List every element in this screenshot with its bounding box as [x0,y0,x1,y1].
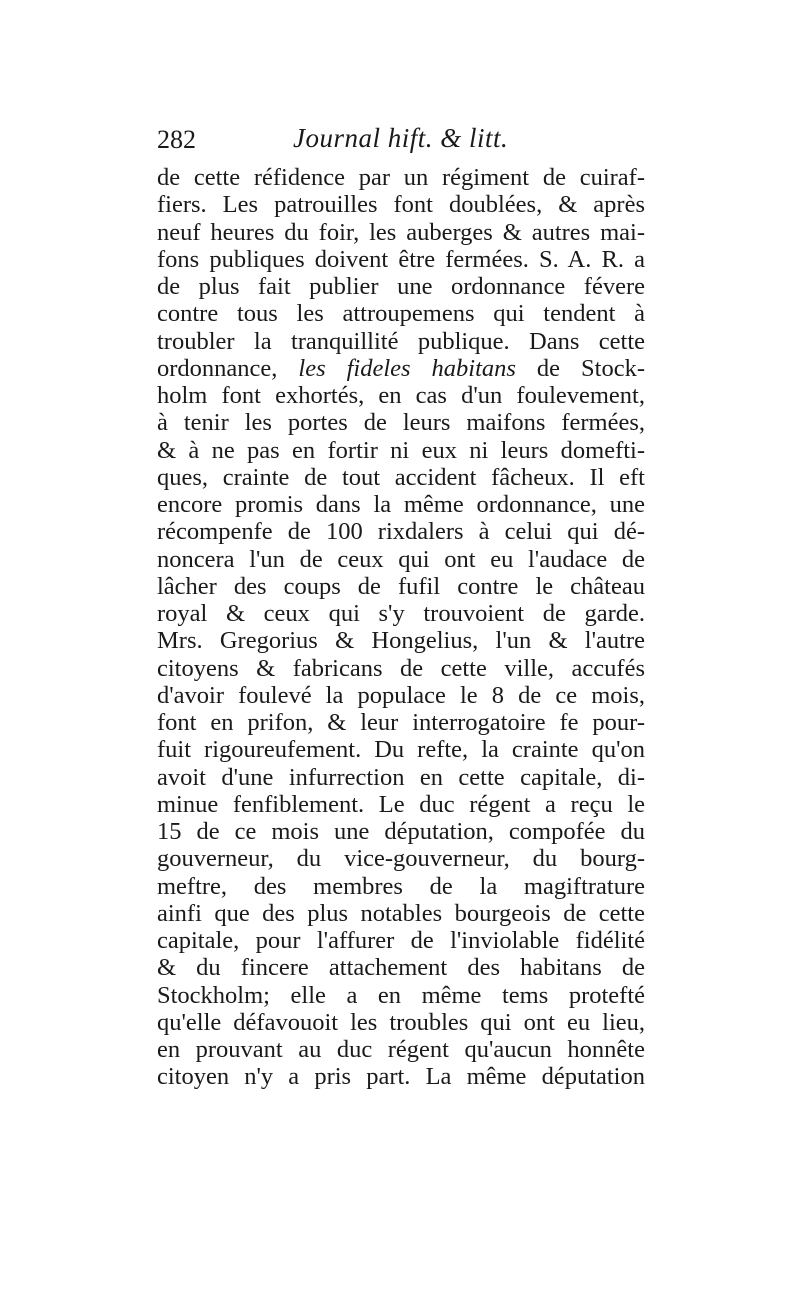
text-line: encore promis dans la même ordonnance, u… [157,491,645,518]
text-line: citoyens & fabricans de cette ville, acc… [157,655,645,682]
text-line: & à ne pas en fortir ni eux ni leurs dom… [157,437,645,464]
text-line: noncera l'un de ceux qui ont eu l'audace… [157,546,645,573]
text-line: Mrs. Gregorius & Hongelius, l'un & l'aut… [157,627,645,654]
text-line: & du fincere attachement des habitans de [157,954,645,981]
text-line: capitale, pour l'affurer de l'inviolable… [157,927,645,954]
text-line: en prouvant au duc régent qu'aucun honnê… [157,1036,645,1063]
text-line: holm font exhortés, en cas d'un foulevem… [157,382,645,409]
text-segment: ordonnance, [157,355,298,382]
running-head: 282 Journal hift. & litt. [157,123,645,157]
text-line: récompenfe de 100 rixdalers à celui qui … [157,518,645,545]
text-line: de plus fait publier une ordonnance féve… [157,273,645,300]
text-line: qu'elle défavouoit les troubles qui ont … [157,1009,645,1036]
text-line: royal & ceux qui s'y trouvoient de garde… [157,600,645,627]
text-line: neuf heures du foir, les auberges & autr… [157,219,645,246]
page-number: 282 [157,125,196,155]
text-line: d'avoir foulevé la populace le 8 de ce m… [157,682,645,709]
book-page: 282 Journal hift. & litt. de cette réfid… [0,0,800,1304]
text-line: fiers. Les patrouilles font doublées, & … [157,191,645,218]
text-line: ainfi que des plus notables bourgeois de… [157,900,645,927]
text-line: font en prifon, & leur interrogatoire fe… [157,709,645,736]
text-line: citoyen n'y a pris part. La même députat… [157,1063,645,1090]
italic-phrase: les fideles habitans [298,355,516,382]
text-line: de cette réfidence par un régiment de cu… [157,164,645,191]
body-text: de cette réfidence par un régiment de cu… [157,164,645,1091]
text-line: troubler la tranquillité publique. Dans … [157,328,645,355]
text-line-mixed: ordonnance, les fideles habitans de Stoc… [157,355,645,382]
text-line: 15 de ce mois une députation, compofée d… [157,818,645,845]
text-line: lâcher des coups de fufil contre le chât… [157,573,645,600]
text-line: avoit d'une infurrection en cette capita… [157,764,645,791]
text-line: fons publiques doivent être fermées. S. … [157,246,645,273]
running-title: Journal hift. & litt. [293,123,508,154]
text-line: fuit rigoureufement. Du refte, la craint… [157,736,645,763]
text-line: meftre, des membres de la magiftrature [157,873,645,900]
text-line: à tenir les portes de leurs maifons ferm… [157,409,645,436]
text-line: ques, crainte de tout accident fâcheux. … [157,464,645,491]
text-line: minue fenfiblement. Le duc régent a reçu… [157,791,645,818]
text-line: Stockholm; elle a en même tems protefté [157,982,645,1009]
text-line: contre tous les attroupemens qui tendent… [157,300,645,327]
text-line: gouverneur, du vice-gouverneur, du bourg… [157,845,645,872]
text-segment: de Stock- [516,355,645,382]
